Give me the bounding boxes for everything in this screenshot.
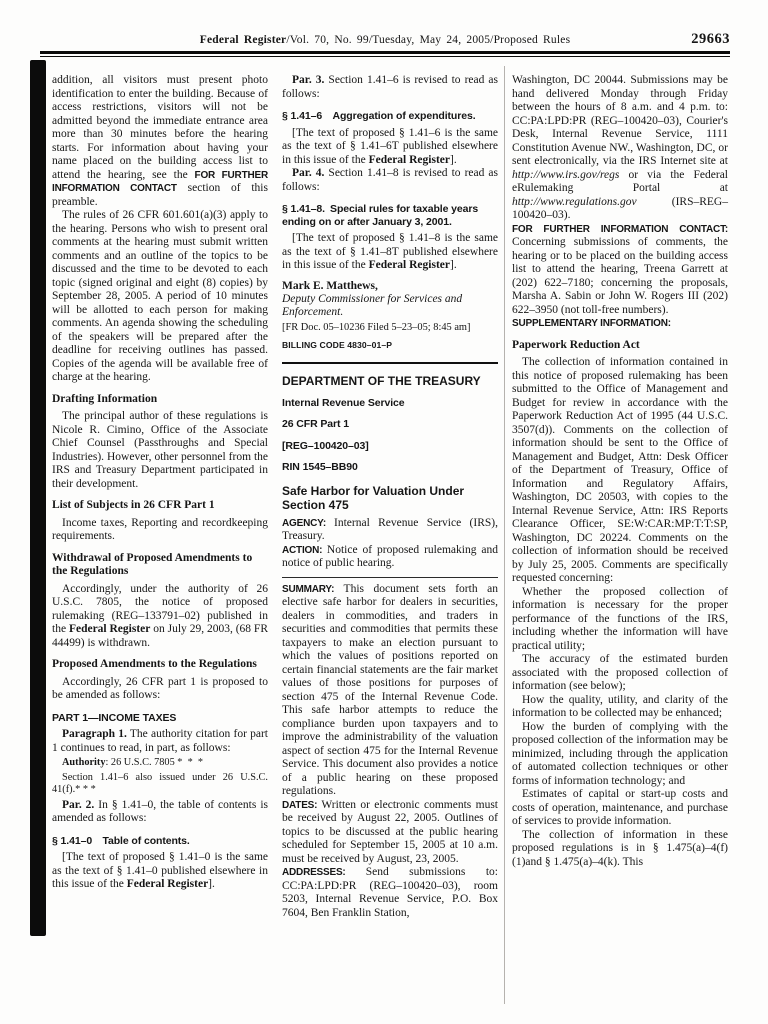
regulation-heading: § 1.41–8. Special rules for taxable year…: [282, 203, 498, 228]
text-run: ].: [450, 154, 457, 166]
body-paragraph: addition, all visitors must present phot…: [52, 74, 268, 209]
text-run: : 26 U.S.C. 7805 * * *: [105, 757, 203, 768]
body-paragraph: Income taxes, Reporting and recordkeepin…: [52, 517, 268, 544]
body-paragraph: FOR FURTHER INFORMATION CONTACT: Concern…: [512, 223, 728, 318]
label-text: AGENCY:: [282, 518, 334, 529]
bold-text: Federal Register: [127, 878, 208, 890]
body-paragraph: Estimates of capital or start-up costs a…: [512, 788, 728, 829]
text-run: The rules of 26 CFR 601.601(a)(3) apply …: [52, 209, 268, 383]
fr-doc-line: [FR Doc. 05–10236 Filed 5–23–05; 8:45 am…: [282, 321, 498, 335]
column-2: Par. 3. Section 1.41–6 is revised to rea…: [282, 74, 498, 920]
bold-text: Federal Register: [69, 623, 150, 635]
body-paragraph: Authority: 26 U.S.C. 7805 * * *: [52, 757, 268, 770]
body-paragraph: AGENCY: Internal Revenue Service (IRS), …: [282, 517, 498, 544]
body-paragraph: How the quality, utility, and clarity of…: [512, 694, 728, 721]
text-run: addition, all visitors must present phot…: [52, 74, 268, 181]
body-paragraph: The accuracy of the estimated burden ass…: [512, 653, 728, 694]
section-heading: Withdrawal of Proposed Amendments to the…: [52, 552, 268, 579]
body-paragraph: Par. 3. Section 1.41–6 is revised to rea…: [282, 74, 498, 101]
text-run: The principal author of these regulation…: [52, 410, 268, 490]
regulation-heading: RIN 1545–BB90: [282, 461, 498, 474]
label-text: DATES:: [282, 800, 321, 811]
label-text: SUMMARY:: [282, 584, 344, 595]
regulation-heading: § 1.41–6 Aggregation of expenditures.: [282, 110, 498, 123]
page-number: 29663: [691, 31, 730, 48]
department-heading: Safe Harbor for Valuation Under Section …: [282, 484, 498, 512]
text-run: ].: [450, 259, 457, 271]
signature-title: Deputy Commissioner for Services and Enf…: [282, 293, 498, 319]
body-paragraph: The collection of information contained …: [512, 356, 728, 586]
text-run: Concerning submissions of comments, the …: [512, 236, 728, 316]
body-paragraph: [The text of proposed § 1.41–0 is the sa…: [52, 851, 268, 892]
department-heading: DEPARTMENT OF THE TREASURY: [282, 374, 498, 388]
body-paragraph: Accordingly, under the authority of 26 U…: [52, 583, 268, 651]
body-paragraph: DATES: Written or electronic comments mu…: [282, 799, 498, 867]
scan-artifact-bar: [30, 60, 46, 936]
text-run: How the burden of complying with the pro…: [512, 721, 728, 787]
column-1: addition, all visitors must present phot…: [52, 74, 268, 920]
summary-divider: [282, 577, 498, 578]
body-paragraph: Section 1.41–6 also issued under 26 U.S.…: [52, 772, 268, 797]
body-paragraph: Accordingly, 26 CFR part 1 is proposed t…: [52, 676, 268, 703]
bold-text: Federal Register: [369, 154, 450, 166]
text-run: The collection of information in these p…: [512, 829, 728, 868]
section-heading: Paperwork Reduction Act: [512, 339, 728, 353]
bold-text: Par. 4.: [292, 167, 324, 179]
section-divider: [282, 362, 498, 364]
text-run: Washington, DC 20044. Submissions may be…: [512, 74, 728, 167]
body-paragraph: SUPPLEMENTARY INFORMATION:: [512, 317, 728, 331]
italic-text: http://www.regulations.gov: [512, 196, 637, 208]
text-run: Whether the proposed collection of infor…: [512, 586, 728, 652]
regulation-heading: Internal Revenue Service: [282, 397, 498, 410]
body-paragraph: The rules of 26 CFR 601.601(a)(3) apply …: [52, 209, 268, 385]
header-rule-thin: [40, 56, 730, 57]
text-run: The accuracy of the estimated burden ass…: [512, 653, 728, 692]
text-run: Section 1.41–6 also issued under 26 U.S.…: [52, 772, 268, 796]
body-paragraph: ACTION: Notice of proposed rulemaking an…: [282, 544, 498, 571]
body-paragraph: [The text of proposed § 1.41–8 is the sa…: [282, 232, 498, 273]
section-heading: List of Subjects in 26 CFR Part 1: [52, 499, 268, 513]
page-header: Federal Register/Vol. 70, No. 99/Tuesday…: [40, 34, 730, 57]
body-paragraph: Par. 4. Section 1.41–8 is revised to rea…: [282, 167, 498, 194]
label-text: FOR FURTHER INFORMATION CONTACT:: [512, 224, 728, 235]
body-paragraph: The principal author of these regulation…: [52, 410, 268, 491]
body-paragraph: Par. 2. In § 1.41–0, the table of conten…: [52, 799, 268, 826]
issue-info: /Vol. 70, No. 99/Tuesday, May 24, 2005/P…: [286, 34, 570, 46]
body-paragraph: The collection of information in these p…: [512, 829, 728, 870]
regulation-heading: PART 1—INCOME TAXES: [52, 712, 268, 725]
body-paragraph: SUMMARY: This document sets forth an ele…: [282, 583, 498, 799]
bold-text: Paragraph 1.: [62, 728, 127, 740]
body-paragraph: Paragraph 1. The authority citation for …: [52, 728, 268, 755]
column-3: Washington, DC 20044. Submissions may be…: [512, 74, 728, 920]
header-rule-thick: [40, 51, 730, 54]
text-columns: addition, all visitors must present phot…: [52, 74, 728, 920]
body-paragraph: [The text of proposed § 1.41–6 is the sa…: [282, 127, 498, 168]
text-run: Income taxes, Reporting and recordkeepin…: [52, 517, 268, 543]
federal-register-page: Federal Register/Vol. 70, No. 99/Tuesday…: [0, 0, 768, 1024]
label-text: ACTION:: [282, 545, 327, 556]
body-paragraph: Whether the proposed collection of infor…: [512, 586, 728, 654]
bold-text: Par. 2.: [62, 799, 94, 811]
bold-text: Authority: [62, 757, 105, 768]
text-run: ].: [208, 878, 215, 890]
text-run: This document sets forth an elective saf…: [282, 583, 498, 798]
body-paragraph: Washington, DC 20044. Submissions may be…: [512, 74, 728, 223]
regulation-heading: [REG–100420–03]: [282, 440, 498, 453]
text-run: Accordingly, 26 CFR part 1 is proposed t…: [52, 676, 268, 702]
section-heading: Drafting Information: [52, 393, 268, 407]
label-text: SUPPLEMENTARY INFORMATION:: [512, 318, 671, 329]
running-head: Federal Register/Vol. 70, No. 99/Tuesday…: [40, 34, 730, 46]
regulation-heading: 26 CFR Part 1: [282, 418, 498, 431]
journal-title: Federal Register: [200, 34, 287, 46]
text-run: How the quality, utility, and clarity of…: [512, 694, 728, 720]
bold-text: Federal Register: [369, 259, 450, 271]
text-run: The collection of information contained …: [512, 356, 728, 584]
signature-name: Mark E. Matthews,: [282, 280, 498, 294]
italic-text: http://www.irs.gov/regs: [512, 169, 619, 181]
label-text: ADDRESSES:: [282, 867, 366, 878]
section-heading: Proposed Amendments to the Regulations: [52, 658, 268, 672]
billing-code: BILLING CODE 4830–01–P: [282, 339, 498, 353]
text-run: Estimates of capital or start-up costs a…: [512, 788, 728, 827]
body-paragraph: ADDRESSES: Send submissions to: CC:PA:LP…: [282, 866, 498, 920]
body-paragraph: How the burden of complying with the pro…: [512, 721, 728, 789]
regulation-heading: § 1.41–0 Table of contents.: [52, 835, 268, 848]
bold-text: Par. 3.: [292, 74, 324, 86]
